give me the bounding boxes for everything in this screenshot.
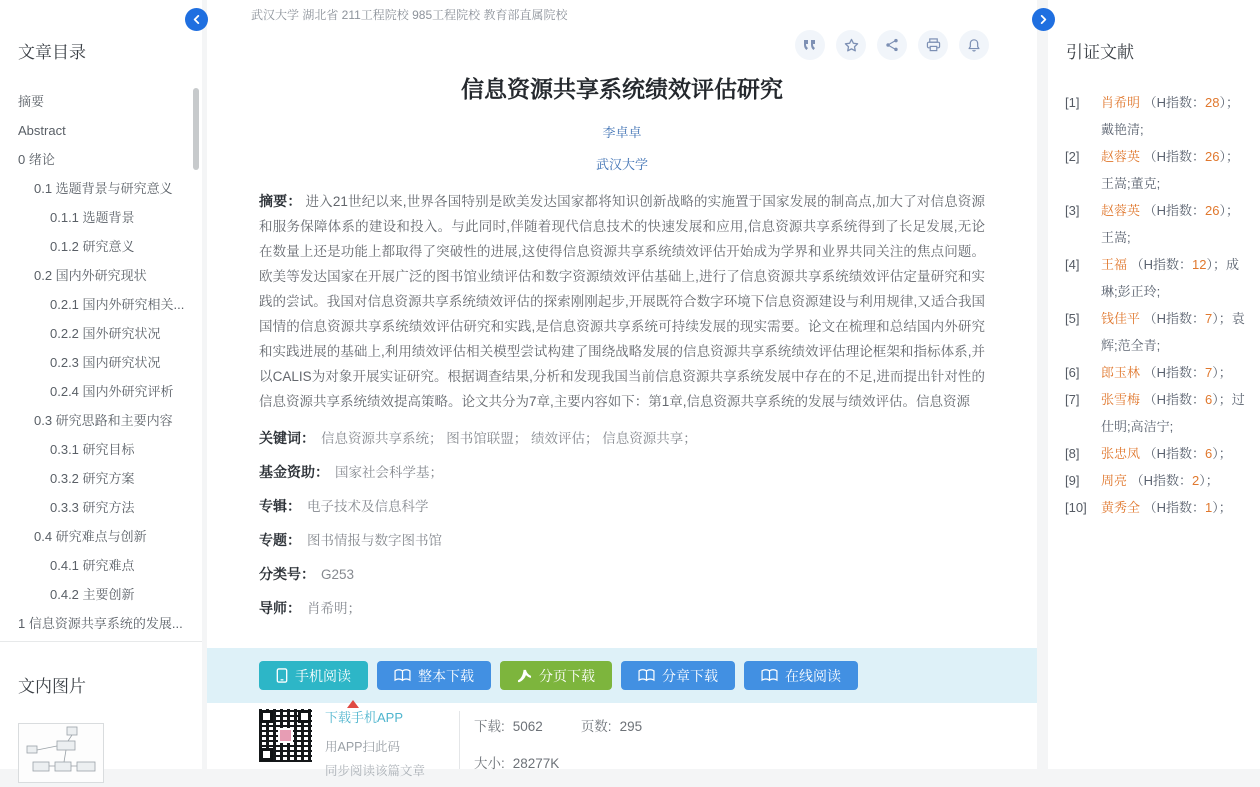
hindex-suffix: ）；	[1212, 446, 1232, 461]
share-button[interactable]	[877, 30, 907, 60]
classification-value: G253	[321, 567, 354, 582]
topic-value: 图书情报与数字图书馆	[307, 533, 442, 548]
toc-item-abstract-cn[interactable]: 摘要	[0, 87, 202, 116]
hindex-value: 12	[1192, 257, 1206, 272]
hindex-label: （H指数：	[1140, 446, 1205, 461]
citation-number: [4]	[1065, 251, 1101, 305]
open-book-icon	[394, 669, 411, 682]
citation-item: [9] 周亮 （H指数：2）；	[1065, 467, 1260, 494]
citation-author-link[interactable]: 张忠凤	[1101, 446, 1140, 461]
qr-finder	[298, 710, 311, 723]
toc-item-abstract-en[interactable]: Abstract	[0, 116, 202, 145]
citation-author-link[interactable]: 赵蓉英	[1101, 149, 1140, 164]
online-read-button[interactable]: 在线阅读	[744, 661, 858, 690]
hindex-suffix: ）；	[1212, 500, 1232, 515]
article-action-row	[795, 30, 989, 60]
toc-item-0-4[interactable]: 0.4 研究难点与创新	[0, 522, 202, 551]
document-stats: 下载:5062页数:295 大小:28277K	[474, 715, 642, 769]
hindex-label: （H指数：	[1140, 392, 1205, 407]
citation-author-link[interactable]: 周亮	[1101, 473, 1127, 488]
hindex-suffix: ）；	[1199, 473, 1219, 488]
institution-info: 武汉大学 湖北省 211工程院校 985工程院校 教育部直属院校	[207, 0, 1037, 23]
toc-item-0-2-2[interactable]: 0.2.2 国外研究状况	[0, 319, 202, 348]
share-icon	[885, 38, 899, 52]
download-toolbar: 手机阅读 整本下载 分页下载 分章下载 在线阅读	[207, 648, 1037, 703]
citation-number: [7]	[1065, 386, 1101, 440]
toc-item-ch0[interactable]: 0 绪论	[0, 145, 202, 174]
citation-number: [2]	[1065, 143, 1101, 197]
citations-list: [1] 肖希明 （H指数：28）；戴艳清; [2] 赵蓉英 （H指数：26）；王…	[1048, 89, 1260, 521]
printer-icon	[926, 38, 941, 52]
keywords-row: 关键词：信息资源共享系统； 图书馆联盟； 绩效评估； 信息资源共享；	[207, 429, 1037, 448]
toc-item-0-4-1[interactable]: 0.4.1 研究难点	[0, 551, 202, 580]
collapse-right-sidebar-button[interactable]	[1032, 8, 1055, 31]
abstract-text: 进入21世纪以来,世界各国特别是欧美发达国家都将知识创新战略的实施置于国家发展的…	[259, 194, 985, 409]
chevron-left-icon	[192, 15, 201, 24]
article-title: 信息资源共享系统绩效评估研究	[207, 71, 1037, 104]
citation-coauthors: 戴艳清;	[1101, 122, 1144, 137]
citations-title: 引证文献	[1048, 0, 1260, 63]
citation-author-link[interactable]: 郎玉林	[1101, 365, 1140, 380]
hindex-label: （H指数：	[1140, 365, 1205, 380]
file-size: 28277K	[513, 756, 560, 769]
qr-logo	[278, 728, 293, 743]
funding-value[interactable]: 国家社会科学基；	[335, 465, 443, 480]
funding-row: 基金资助：国家社会科学基；	[207, 463, 1037, 482]
toc-item-0-1-2[interactable]: 0.1.2 研究意义	[0, 232, 202, 261]
flowchart-thumbnail-image	[19, 724, 103, 769]
page-count-label: 页数:	[581, 719, 612, 734]
citation-number: [8]	[1065, 440, 1101, 467]
hindex-value: 28	[1205, 95, 1219, 110]
in-text-images-title: 文内图片	[0, 642, 202, 697]
star-icon	[844, 38, 859, 53]
hindex-suffix: ）；	[1207, 257, 1227, 272]
citations-sidebar: 引证文献 [1] 肖希明 （H指数：28）；戴艳清; [2] 赵蓉英 （H指数：…	[1048, 0, 1260, 769]
article-detail-panel: 武汉大学 湖北省 211工程院校 985工程院校 教育部直属院校	[207, 0, 1037, 769]
keywords-value[interactable]: 信息资源共享系统； 图书馆联盟； 绩效评估； 信息资源共享；	[321, 431, 697, 446]
hindex-value: 26	[1205, 149, 1219, 164]
favorite-button[interactable]	[836, 30, 866, 60]
toc-list: 摘要 Abstract 0 绪论 0.1 选题背景与研究意义 0.1.1 选题背…	[0, 87, 202, 638]
hindex-suffix: ）；	[1220, 203, 1240, 218]
toc-item-0-2-4[interactable]: 0.2.4 国内外研究评析	[0, 377, 202, 406]
citation-item: [7] 张雪梅 （H指数：6）；过仕明;高洁宁;	[1065, 386, 1260, 440]
phone-icon	[276, 668, 288, 683]
supervisor-row: 导师：肖希明；	[207, 599, 1037, 618]
citation-number: [5]	[1065, 305, 1101, 359]
toc-item-ch1[interactable]: 1 信息资源共享系统的发展...	[0, 609, 202, 638]
topic-row: 专题：图书情报与数字图书馆	[207, 531, 1037, 550]
toc-item-0-2-3[interactable]: 0.2.3 国内研究状况	[0, 348, 202, 377]
mobile-read-button[interactable]: 手机阅读	[259, 661, 368, 690]
citation-item: [6] 郎玉林 （H指数：7）；	[1065, 359, 1260, 386]
download-count-label: 下载:	[474, 719, 505, 734]
download-count: 5062	[513, 719, 543, 734]
citation-author-link[interactable]: 赵蓉英	[1101, 203, 1140, 218]
bell-icon	[967, 38, 981, 53]
author-link[interactable]: 李卓卓	[207, 122, 1037, 141]
citation-item: [10] 黄秀全 （H指数：1）；	[1065, 494, 1260, 521]
app-qr-code	[259, 709, 312, 762]
album-value: 电子技术及信息科学	[307, 499, 429, 514]
toc-item-0-4-2[interactable]: 0.4.2 主要创新	[0, 580, 202, 609]
whole-book-download-button[interactable]: 整本下载	[377, 661, 491, 690]
citation-number: [10]	[1065, 494, 1101, 521]
toc-scrollbar[interactable]	[193, 88, 199, 170]
paged-download-button[interactable]: 分页下载	[500, 661, 612, 690]
abstract-label: 摘要：	[259, 193, 302, 209]
download-app-link[interactable]: 下载手机APP	[325, 707, 425, 726]
citation-author-link[interactable]: 钱佳平	[1101, 311, 1140, 326]
citation-coauthors: 王嵩;	[1101, 230, 1131, 245]
abstract-paragraph: 摘要： 进入21世纪以来,世界各国特别是欧美发达国家都将知识创新战略的实施置于国…	[207, 173, 1037, 414]
hindex-label: （H指数：	[1127, 473, 1192, 488]
toc-sidebar: 文章目录 摘要 Abstract 0 绪论 0.1 选题背景与研究意义 0.1.…	[0, 0, 202, 769]
hindex-value: 26	[1205, 203, 1219, 218]
hindex-label: （H指数：	[1140, 149, 1205, 164]
citation-item: [3] 赵蓉英 （H指数：26）；王嵩;	[1065, 197, 1260, 251]
album-row: 专辑：电子技术及信息科学	[207, 497, 1037, 516]
quote-icon	[803, 39, 817, 51]
toc-item-0-2[interactable]: 0.2 国内外研究现状	[0, 261, 202, 290]
hindex-suffix: ）；	[1212, 311, 1232, 326]
citation-item: [8] 张忠凤 （H指数：6）；	[1065, 440, 1260, 467]
qr-finder	[260, 710, 273, 723]
hindex-label: （H指数：	[1140, 311, 1205, 326]
citation-item: [5] 钱佳平 （H指数：7）；袁辉;范全青;	[1065, 305, 1260, 359]
cite-button[interactable]	[795, 30, 825, 60]
hindex-label: （H指数：	[1140, 95, 1205, 110]
qr-finder	[260, 748, 273, 761]
citation-author-link[interactable]: 王福	[1101, 257, 1127, 272]
citation-coauthors: 王嵩;董克;	[1101, 176, 1160, 191]
hindex-suffix: ）；	[1212, 392, 1232, 407]
toc-item-0-3-2[interactable]: 0.3.2 研究方案	[0, 464, 202, 493]
chevron-right-icon	[1039, 15, 1048, 24]
divider	[459, 711, 460, 769]
print-button[interactable]	[918, 30, 948, 60]
hindex-label: （H指数：	[1140, 500, 1205, 515]
hindex-suffix: ）；	[1220, 95, 1240, 110]
toc-item-0-1[interactable]: 0.1 选题背景与研究意义	[0, 174, 202, 203]
file-size-label: 大小:	[474, 756, 505, 769]
open-book-icon	[638, 669, 655, 682]
pdf-reader-icon	[517, 669, 532, 683]
open-book-icon	[761, 669, 778, 682]
collapse-left-sidebar-button[interactable]	[185, 8, 208, 31]
hindex-label: （H指数：	[1127, 257, 1192, 272]
hindex-label: （H指数：	[1140, 203, 1205, 218]
classification-row: 分类号：G253	[207, 565, 1037, 584]
chapter-download-button[interactable]: 分章下载	[621, 661, 735, 690]
toc-title: 文章目录	[0, 0, 202, 63]
citation-number: [1]	[1065, 89, 1101, 143]
citation-number: [9]	[1065, 467, 1101, 494]
download-info-zone: 下载手机APP 用APP扫此码 同步阅读该篇文章 下载:5062页数:295 大…	[207, 703, 1037, 769]
toc-item-0-3-3[interactable]: 0.3.3 研究方法	[0, 493, 202, 522]
toc-item-0-3[interactable]: 0.3 研究思路和主要内容	[0, 406, 202, 435]
citation-item: [4] 王福 （H指数：12）；成琳;彭正玲;	[1065, 251, 1260, 305]
hindex-suffix: ）；	[1212, 365, 1232, 380]
page-count: 295	[620, 719, 643, 734]
hindex-suffix: ）；	[1220, 149, 1240, 164]
citation-author-link[interactable]: 肖希明	[1101, 95, 1140, 110]
citation-number: [3]	[1065, 197, 1101, 251]
toc-item-0-3-1[interactable]: 0.3.1 研究目标	[0, 435, 202, 464]
supervisor-value[interactable]: 肖希明；	[307, 601, 361, 616]
affiliation-link[interactable]: 武汉大学	[207, 154, 1037, 173]
figure-thumbnail[interactable]	[18, 723, 104, 769]
citation-author-link[interactable]: 张雪梅	[1101, 392, 1140, 407]
citation-number: [6]	[1065, 359, 1101, 386]
toc-item-0-2-1[interactable]: 0.2.1 国内外研究相关...	[0, 290, 202, 319]
toc-item-0-1-1[interactable]: 0.1.1 选题背景	[0, 203, 202, 232]
citation-author-link[interactable]: 黄秀全	[1101, 500, 1140, 515]
app-promo-text: 下载手机APP 用APP扫此码 同步阅读该篇文章	[325, 707, 425, 769]
alert-button[interactable]	[959, 30, 989, 60]
citation-item: [1] 肖希明 （H指数：28）；戴艳清;	[1065, 89, 1260, 143]
citation-item: [2] 赵蓉英 （H指数：26）；王嵩;董克;	[1065, 143, 1260, 197]
